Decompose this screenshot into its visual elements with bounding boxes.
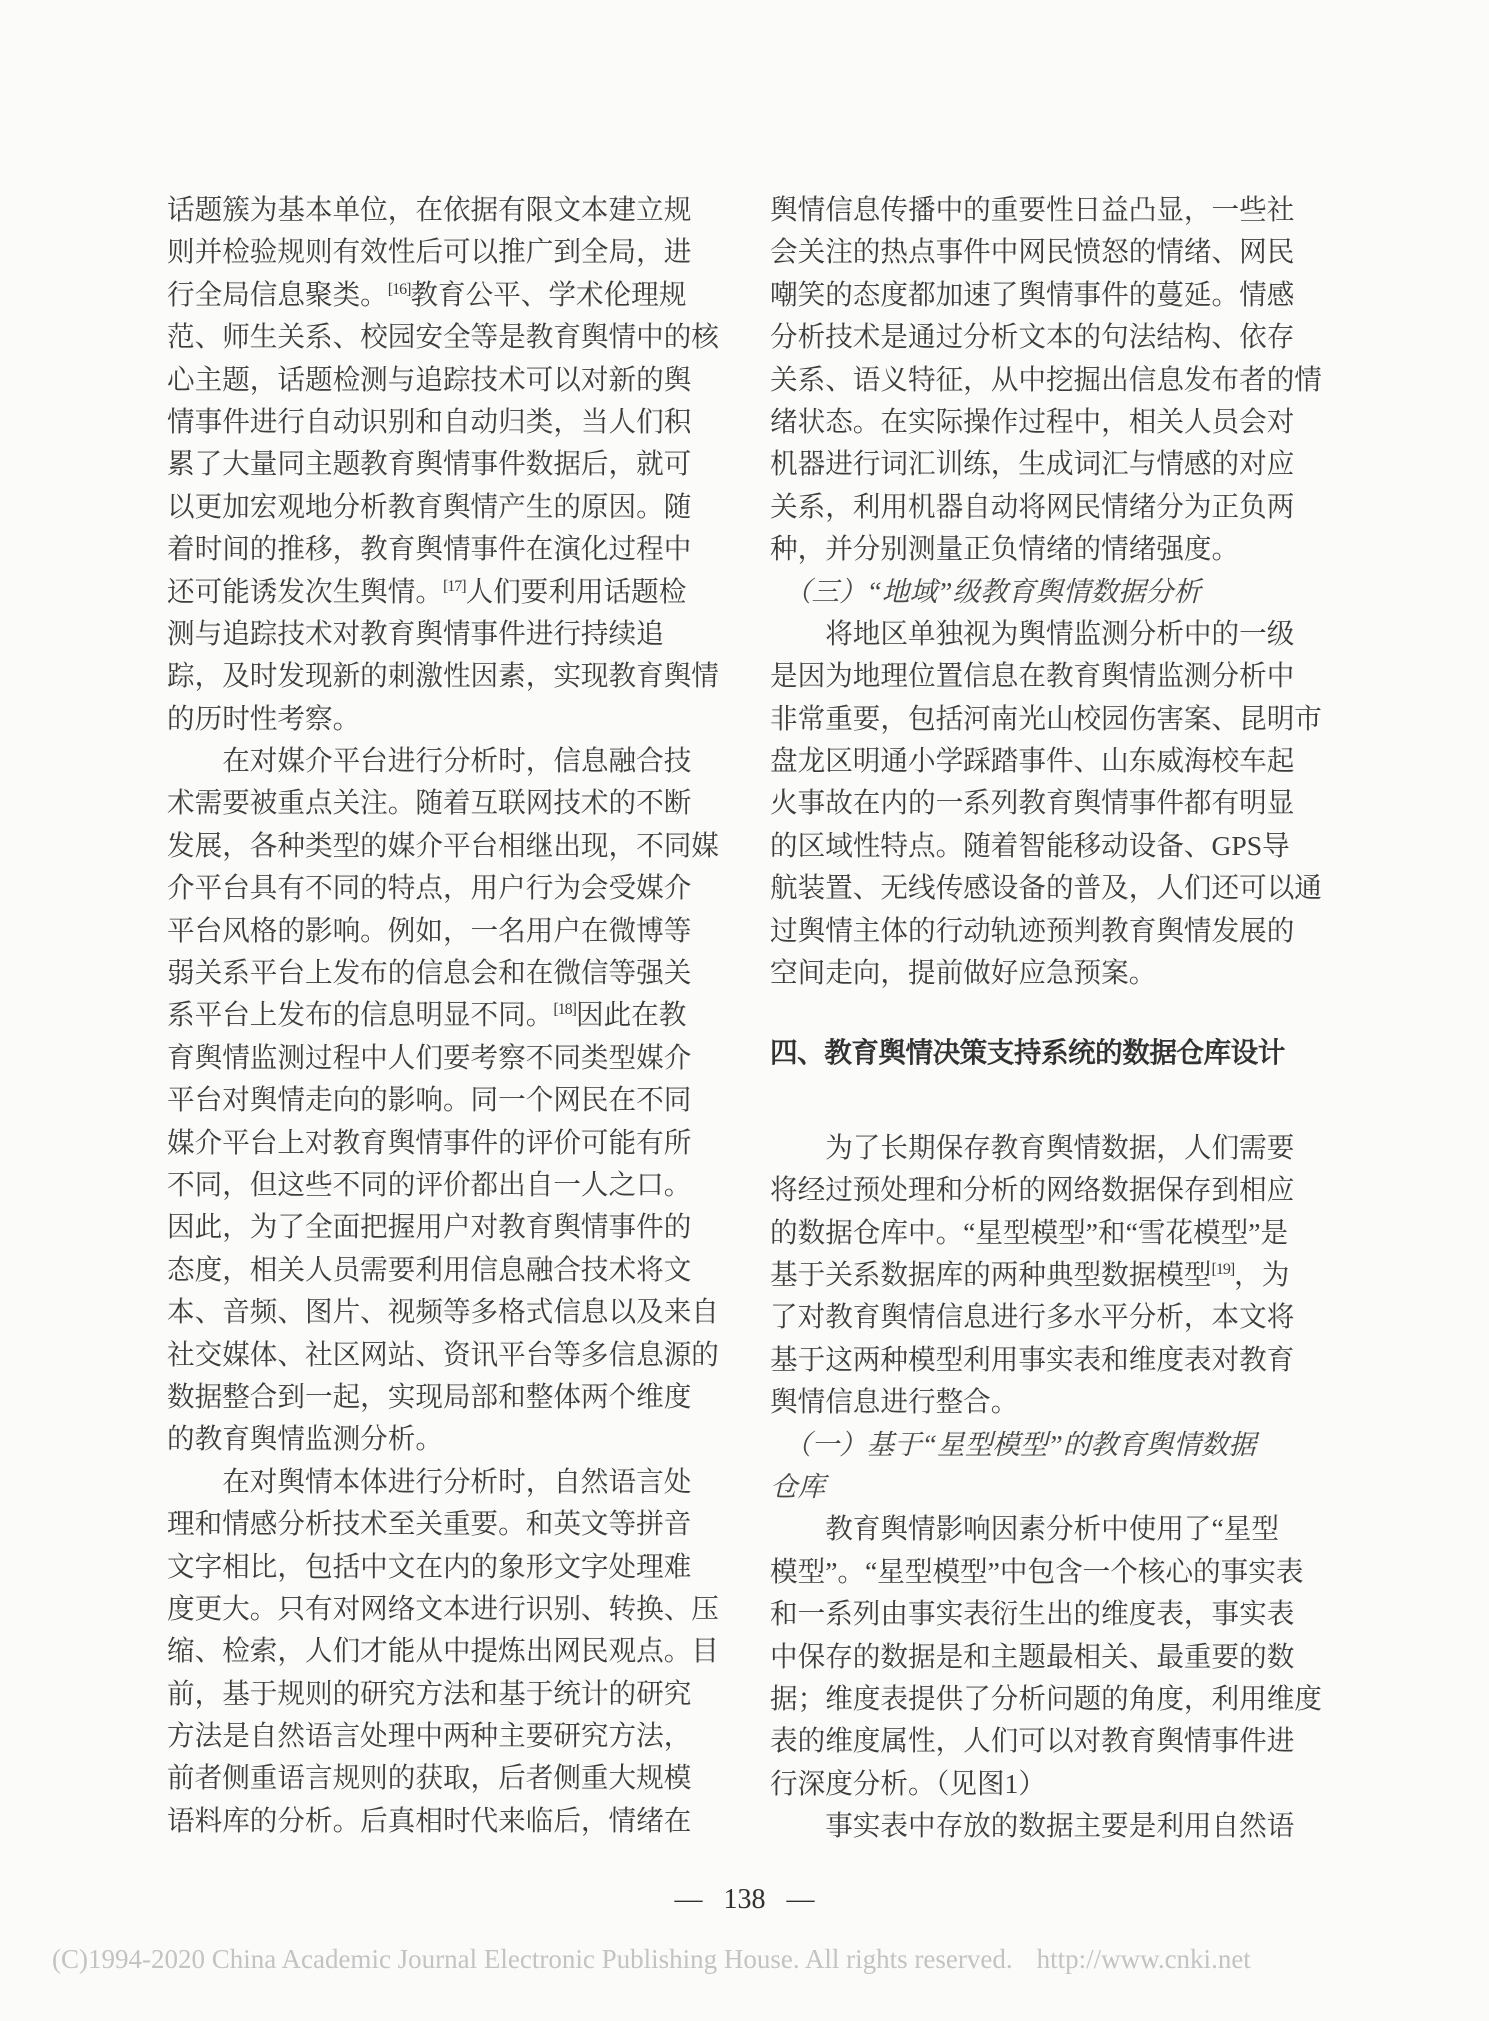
text-line: 测与追踪技术对教育舆情事件进行持续追 bbox=[167, 613, 727, 655]
text-line: 行深度分析。（见图1） bbox=[770, 1763, 1330, 1805]
text-line: 基于关系数据库的两种典型数据模型[19]，为 bbox=[770, 1254, 1330, 1296]
citation-ref: [18] bbox=[553, 1001, 576, 1018]
text-line: 理和情感分析技术至关重要。和英文等拼音 bbox=[167, 1503, 727, 1545]
footer-url: http://www.cnki.net bbox=[1037, 1944, 1251, 1974]
text-line: 前，基于规则的研究方法和基于统计的研究 bbox=[167, 1673, 727, 1715]
paragraph-block: 舆情信息传播中的重要性日益凸显，一些社会关注的热点事件中网民愤怒的情绪、网民嘲笑… bbox=[770, 189, 1330, 571]
subsection-heading-line: （三）“地域”级教育舆情数据分析 bbox=[770, 571, 1330, 613]
text-line: 育舆情监测过程中人们要考察不同类型媒介 bbox=[167, 1037, 727, 1079]
subsection-heading-line: 仓库 bbox=[770, 1466, 1330, 1508]
text-line: 介平台具有不同的特点，用户行为会受媒介 bbox=[167, 867, 727, 909]
text-line: 机器进行词汇训练，生成词汇与情感的对应 bbox=[770, 443, 1330, 485]
left-column: 话题簇为基本单位，在依据有限文本建立规则并检验规则有效性后可以推广到全局，进行全… bbox=[167, 189, 727, 1842]
text-line: 表的维度属性，人们可以对教育舆情事件进 bbox=[770, 1720, 1330, 1762]
text-line: 在对媒介平台进行分析时，信息融合技 bbox=[167, 740, 727, 782]
text-line: 术需要被重点关注。随着互联网技术的不断 bbox=[167, 782, 727, 824]
text-line: 范、师生关系、校园安全等是教育舆情中的核 bbox=[167, 316, 727, 358]
text-line: 会关注的热点事件中网民愤怒的情绪、网民 bbox=[770, 231, 1330, 273]
text-line: 盘龙区明通小学踩踏事件、山东威海校车起 bbox=[770, 740, 1330, 782]
paragraph-block: 教育舆情影响因素分析中使用了“星型模型”。“星型模型”中包含一个核心的事实表和一… bbox=[770, 1508, 1330, 1847]
text-line: 的历时性考察。 bbox=[167, 698, 727, 740]
page-number: — 138 — bbox=[167, 1884, 1322, 1916]
text-line: 累了大量同主题教育舆情事件数据后，就可 bbox=[167, 443, 727, 485]
citation-ref: [16] bbox=[388, 281, 411, 298]
paragraph-block: 将地区单独视为舆情监测分析中的一级是因为地理位置信息在教育舆情监测分析中非常重要… bbox=[770, 613, 1330, 995]
text-line: 平台风格的影响。例如，一名用户在微博等 bbox=[167, 910, 727, 952]
text-line: 态度，相关人员需要利用信息融合技术将文 bbox=[167, 1249, 727, 1291]
text-line: 据；维度表提供了分析问题的角度，利用维度 bbox=[770, 1678, 1330, 1720]
text-line: 非常重要，包括河南光山校园伤害案、昆明市 bbox=[770, 698, 1330, 740]
text-line: 的数据仓库中。“星型模型”和“雪花模型”是 bbox=[770, 1212, 1330, 1254]
citation-ref: [17] bbox=[443, 577, 466, 594]
text-line: 缩、检索，人们才能从中提炼出网民观点。目 bbox=[167, 1630, 727, 1672]
text-line: 将地区单独视为舆情监测分析中的一级 bbox=[770, 613, 1330, 655]
text-line: 社交媒体、社区网站、资讯平台等多信息源的 bbox=[167, 1334, 727, 1376]
text-line: 嘲笑的态度都加速了舆情事件的蔓延。情感 bbox=[770, 274, 1330, 316]
text-line: 因此，为了全面把握用户对教育舆情事件的 bbox=[167, 1206, 727, 1248]
text-line: 心主题，话题检测与追踪技术可以对新的舆 bbox=[167, 359, 727, 401]
citation-ref: [19] bbox=[1212, 1261, 1235, 1278]
text-line: 以更加宏观地分析教育舆情产生的原因。随 bbox=[167, 486, 727, 528]
text-line: 则并检验规则有效性后可以推广到全局，进 bbox=[167, 231, 727, 273]
text-line: 前者侧重语言规则的获取，后者侧重大规模 bbox=[167, 1757, 727, 1799]
text-line: 的教育舆情监测分析。 bbox=[167, 1418, 727, 1460]
text-line: 话题簇为基本单位，在依据有限文本建立规 bbox=[167, 189, 727, 231]
text-line: 火事故在内的一系列教育舆情事件都有明显 bbox=[770, 782, 1330, 824]
subsection-heading: （一）基于“星型模型”的教育舆情数据仓库 bbox=[770, 1424, 1330, 1509]
text-line: 为了长期保存教育舆情数据，人们需要 bbox=[770, 1127, 1330, 1169]
text-line: 语料库的分析。后真相时代来临后，情绪在 bbox=[167, 1800, 727, 1842]
text-line: 航装置、无线传感设备的普及，人们还可以通 bbox=[770, 867, 1330, 909]
subsection-heading-line: （一）基于“星型模型”的教育舆情数据 bbox=[770, 1424, 1330, 1466]
section-heading-line: 四、教育舆情决策支持系统的数据仓库设计 bbox=[770, 1032, 1330, 1074]
text-line: 事实表中存放的数据主要是利用自然语 bbox=[770, 1805, 1330, 1847]
subsection-heading: （三）“地域”级教育舆情数据分析 bbox=[770, 571, 1330, 613]
text-line: 着时间的推移，教育舆情事件在演化过程中 bbox=[167, 528, 727, 570]
text-line: 系平台上发布的信息明显不同。[18]因此在教 bbox=[167, 994, 727, 1036]
text-line: 在对舆情本体进行分析时，自然语言处 bbox=[167, 1461, 727, 1503]
text-line: 不同，但这些不同的评价都出自一人之口。 bbox=[167, 1164, 727, 1206]
right-column: 舆情信息传播中的重要性日益凸显，一些社会关注的热点事件中网民愤怒的情绪、网民嘲笑… bbox=[770, 189, 1330, 1847]
text-line: 平台对舆情走向的影响。同一个网民在不同 bbox=[167, 1079, 727, 1121]
text-line: 的区域性特点。随着智能移动设备、GPS导 bbox=[770, 825, 1330, 867]
journal-page: 话题簇为基本单位，在依据有限文本建立规则并检验规则有效性后可以推广到全局，进行全… bbox=[0, 0, 1489, 2021]
text-line: 情事件进行自动识别和自动归类，当人们积 bbox=[167, 401, 727, 443]
paragraph-block: 话题簇为基本单位，在依据有限文本建立规则并检验规则有效性后可以推广到全局，进行全… bbox=[167, 189, 727, 1842]
text-line: 教育舆情影响因素分析中使用了“星型 bbox=[770, 1508, 1330, 1550]
text-line: 种，并分别测量正负情绪的情绪强度。 bbox=[770, 528, 1330, 570]
text-line: 行全局信息聚类。[16]教育公平、学术伦理规 bbox=[167, 274, 727, 316]
text-line: 了对教育舆情信息进行多水平分析，本文将 bbox=[770, 1296, 1330, 1338]
text-line: 弱关系平台上发布的信息会和在微信等强关 bbox=[167, 952, 727, 994]
text-line: 本、音频、图片、视频等多格式信息以及来自 bbox=[167, 1291, 727, 1333]
text-line: 分析技术是通过分析文本的句法结构、依存 bbox=[770, 316, 1330, 358]
text-line: 数据整合到一起，实现局部和整体两个维度 bbox=[167, 1376, 727, 1418]
text-line: 踪，及时发现新的刺激性因素，实现教育舆情 bbox=[167, 655, 727, 697]
text-line: 将经过预处理和分析的网络数据保存到相应 bbox=[770, 1169, 1330, 1211]
text-line: 空间走向，提前做好应急预案。 bbox=[770, 952, 1330, 994]
text-line: 基于这两种模型利用事实表和维度表对教育 bbox=[770, 1339, 1330, 1381]
text-line: 发展，各种类型的媒介平台相继出现，不同媒 bbox=[167, 825, 727, 867]
text-line: 度更大。只有对网络文本进行识别、转换、压 bbox=[167, 1588, 727, 1630]
text-line: 过舆情主体的行动轨迹预判教育舆情发展的 bbox=[770, 910, 1330, 952]
text-line: 舆情信息传播中的重要性日益凸显，一些社 bbox=[770, 189, 1330, 231]
text-line: 关系、语义特征，从中挖掘出信息发布者的情 bbox=[770, 359, 1330, 401]
text-line: 媒介平台上对教育舆情事件的评价可能有所 bbox=[167, 1122, 727, 1164]
paragraph-block: 为了长期保存教育舆情数据，人们需要将经过预处理和分析的网络数据保存到相应的数据仓… bbox=[770, 1127, 1330, 1424]
text-line: 文字相比，包括中文在内的象形文字处理难 bbox=[167, 1546, 727, 1588]
text-line: 舆情信息进行整合。 bbox=[770, 1381, 1330, 1423]
text-line: 关系，利用机器自动将网民情绪分为正负两 bbox=[770, 486, 1330, 528]
text-line: 模型”。“星型模型”中包含一个核心的事实表 bbox=[770, 1551, 1330, 1593]
text-line: 还可能诱发次生舆情。[17]人们要利用话题检 bbox=[167, 571, 727, 613]
text-line: 方法是自然语言处理中两种主要研究方法， bbox=[167, 1715, 727, 1757]
section-heading: 四、教育舆情决策支持系统的数据仓库设计 bbox=[770, 1032, 1330, 1074]
footer-copyright: (C)1994-2020 China Academic Journal Elec… bbox=[52, 1944, 1013, 1974]
text-line: 和一系列由事实表衍生出的维度表，事实表 bbox=[770, 1593, 1330, 1635]
text-line: 中保存的数据是和主题最相关、最重要的数 bbox=[770, 1636, 1330, 1678]
text-line: 是因为地理位置信息在教育舆情监测分析中 bbox=[770, 655, 1330, 697]
footer: (C)1994-2020 China Academic Journal Elec… bbox=[52, 1944, 1442, 1975]
text-line: 绪状态。在实际操作过程中，相关人员会对 bbox=[770, 401, 1330, 443]
